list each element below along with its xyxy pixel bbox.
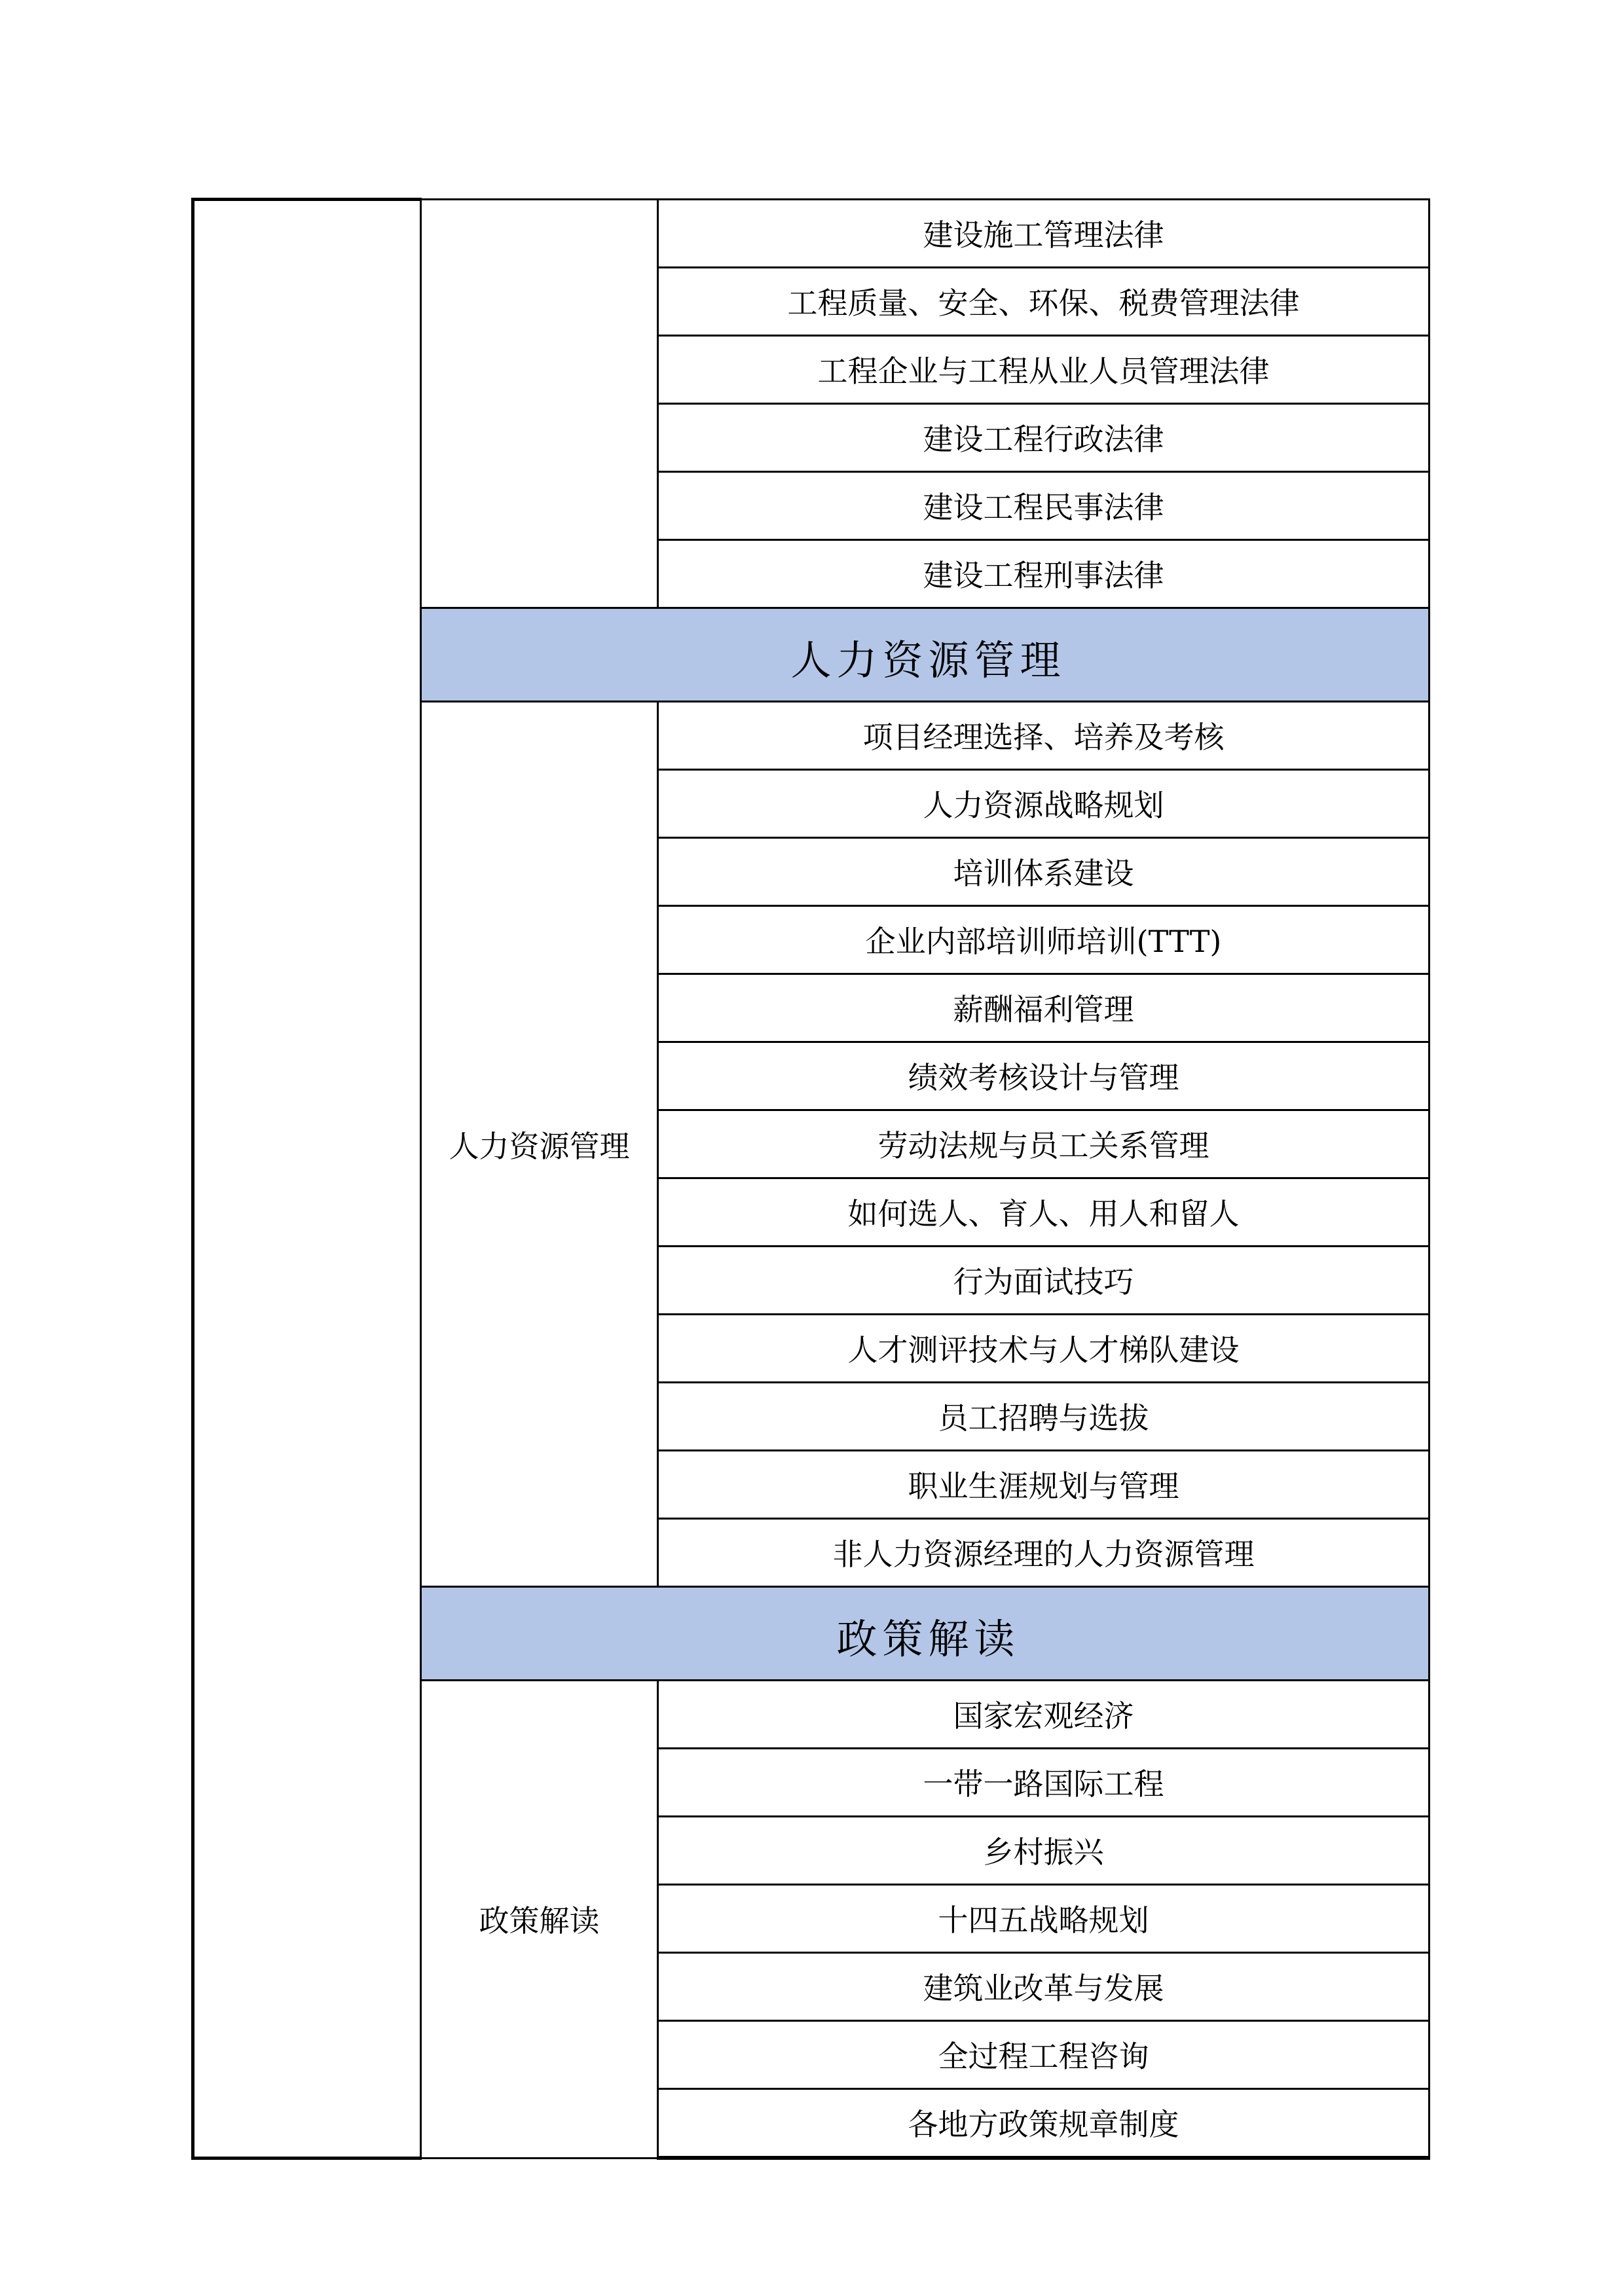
list-item: 企业内部培训师培训(TTT): [658, 906, 1430, 974]
section-header-hr: 人力资源管理: [421, 608, 1430, 702]
list-item: 劳动法规与员工关系管理: [658, 1110, 1430, 1178]
list-item: 全过程工程咨询: [658, 2021, 1430, 2089]
list-item: 如何选人、育人、用人和留人: [658, 1178, 1430, 1247]
category-cell-hr: 人力资源管理: [421, 702, 658, 1587]
list-item: 一带一路国际工程: [658, 1749, 1430, 1817]
list-item: 员工招聘与选拔: [658, 1383, 1430, 1451]
list-item: 工程质量、安全、环保、税费管理法律: [658, 268, 1430, 336]
list-item: 绩效考核设计与管理: [658, 1042, 1430, 1110]
list-item: 建设施工管理法律: [658, 200, 1430, 268]
list-item: 人才测评技术与人才梯队建设: [658, 1315, 1430, 1383]
section-header-policy: 政策解读: [421, 1587, 1430, 1681]
list-item: 十四五战略规划: [658, 1885, 1430, 1953]
list-item: 乡村振兴: [658, 1817, 1430, 1885]
list-item: 各地方政策规章制度: [658, 2089, 1430, 2159]
list-item: 培训体系建设: [658, 838, 1430, 906]
section-header-title: 政策解读: [830, 1615, 1020, 1663]
outer-category-cell: [193, 200, 421, 2159]
list-item: 建设工程刑事法律: [658, 540, 1430, 608]
list-item: 建设工程行政法律: [658, 404, 1430, 472]
list-item: 建筑业改革与发展: [658, 1953, 1430, 2021]
list-item: 项目经理选择、培养及考核: [658, 702, 1430, 770]
list-item: 薪酬福利管理: [658, 974, 1430, 1042]
list-item: 非人力资源经理的人力资源管理: [658, 1519, 1430, 1587]
category-cell-legal: [421, 200, 658, 608]
list-item: 工程企业与工程从业人员管理法律: [658, 336, 1430, 404]
list-item: 职业生涯规划与管理: [658, 1451, 1430, 1519]
list-item: 人力资源战略规划: [658, 770, 1430, 838]
list-item: 建设工程民事法律: [658, 472, 1430, 540]
list-item: 国家宏观经济: [658, 1681, 1430, 1749]
section-header-title: 人力资源管理: [784, 636, 1065, 684]
category-cell-policy: 政策解读: [421, 1681, 658, 2159]
course-catalog-table: 建设施工管理法律 工程质量、安全、环保、税费管理法律 工程企业与工程从业人员管理…: [191, 198, 1430, 2160]
list-item: 行为面试技巧: [658, 1247, 1430, 1315]
